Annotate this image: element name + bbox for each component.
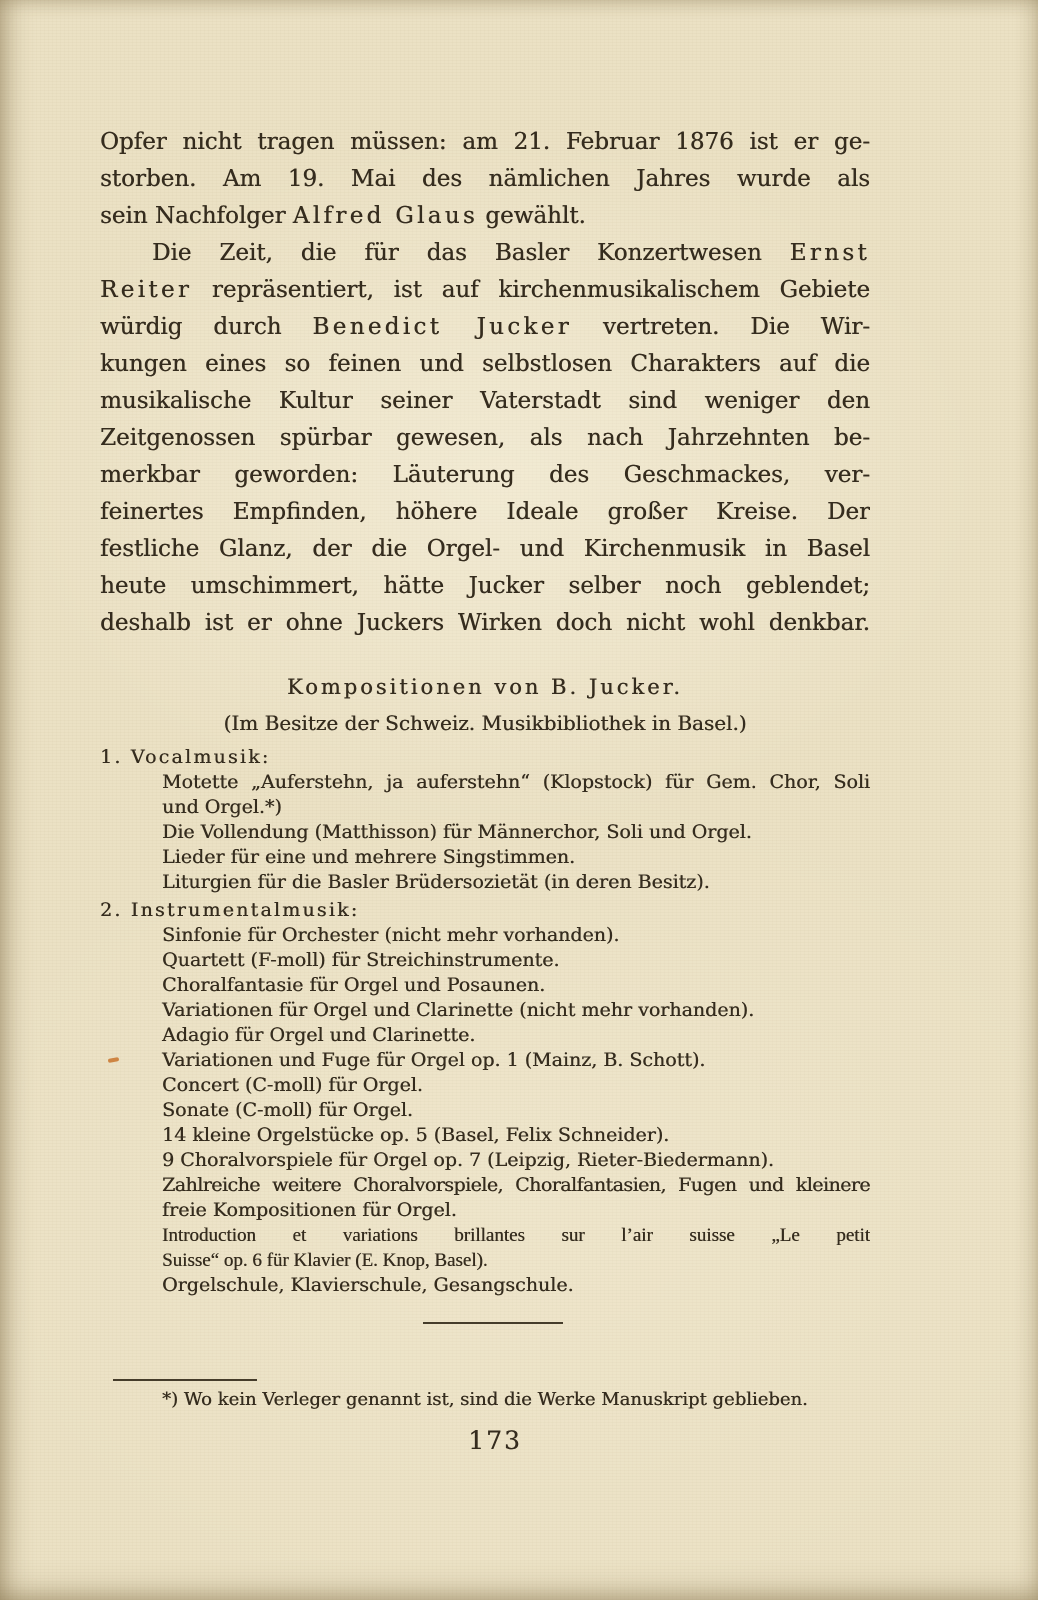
compositions-list: 1. Vocalmusik: Motette „Auferstehn, ja a… [100,745,870,1298]
list-item-line: Quartett (F-moll) für Streichinstrumente… [100,948,870,973]
list-item-line: Suisse“ op. 6 für Klavier (E. Knop, Base… [100,1248,870,1273]
letterspaced-name: Benedict Jucker [312,314,572,340]
list-item-line: Die Vollendung (Matthisson) für Männerch… [100,820,870,845]
text-segment: Die Zeit, die für das Basler Konzertwese… [152,240,790,266]
text-line: würdig durch Benedict Jucker vertreten. … [100,309,870,346]
text-line: merkbar geworden: Läuterung des Geschmac… [100,457,870,494]
heading-title: Kompositionen von B. Jucker. [100,672,870,702]
text-line: Reiter repräsentiert, ist auf kirchenmus… [100,272,870,309]
list-heading: Kompositionen von B. Jucker. (Im Besitze… [100,672,870,737]
list-item-line: Variationen für Orgel und Clarinette (ni… [100,998,870,1023]
list-item-line: Choralfantasie für Orgel und Posaunen. [100,973,870,998]
text-segment: vertreten. Die Wir- [572,314,870,340]
list-item-line: Sonate (C-moll) für Orgel. [100,1098,870,1123]
list-item-line: 9 Choralvorspiele für Orgel op. 7 (Leipz… [100,1148,870,1173]
body-text: Opfer nicht tragen müssen: am 21. Februa… [100,124,870,642]
list-section-label-vocalmusik: 1. Vocalmusik: [100,745,870,770]
text-segment: repräsentiert, ist auf kirchenmusikalisc… [192,277,870,303]
list-item-line: Liturgien für die Basler Brüdersozietät … [100,870,870,895]
text-line: kungen eines so feinen und selbstlosen C… [100,346,870,383]
letterspaced-name: Ernst [790,240,870,266]
paragraph-2: Die Zeit, die für das Basler Konzertwese… [100,235,870,642]
text-line: Opfer nicht tragen müssen: am 21. Februa… [100,124,870,161]
list-item-line: Lieder für eine und mehrere Singstimmen. [100,845,870,870]
footnote: *) Wo kein Verleger genannt ist, sind di… [100,1388,870,1412]
section-divider-rule [423,1322,563,1324]
list-item-line: freie Kompositionen für Orgel. [100,1198,870,1223]
list-item-line: Variationen und Fuge für Orgel op. 1 (Ma… [100,1048,870,1073]
text-line: Zeitgenossen spürbar gewesen, als nach J… [100,420,870,457]
text-segment: sein Nachfolger [100,203,293,229]
page-number: 173 [415,1426,575,1455]
text-segment: gewählt. [478,203,586,229]
list-item-line: Concert (C-moll) für Orgel. [100,1073,870,1098]
text-line: musikalische Kultur seiner Vaterstadt si… [100,383,870,420]
paragraph-1: Opfer nicht tragen müssen: am 21. Februa… [100,124,870,235]
text-line: Die Zeit, die für das Basler Konzertwese… [100,235,870,272]
letterspaced-name: Reiter [100,277,192,303]
list-item-line: 14 kleine Orgelstücke op. 5 (Basel, Feli… [100,1123,870,1148]
list-section-label-instrumentalmusik: 2. Instrumentalmusik: [100,898,870,923]
text-line: deshalb ist er ohne Juckers Wirken doch … [100,605,870,642]
letterspaced-name: Alfred Glaus [293,203,478,229]
list-item-line: und Orgel.*) [100,795,870,820]
text-line: feinertes Empfinden, höhere Ideale große… [100,494,870,531]
list-item-line: Introduction et variations brillantes su… [100,1223,870,1248]
list-item-line: Zahlreiche weitere Choralvorspiele, Chor… [100,1173,870,1198]
book-page: Opfer nicht tragen müssen: am 21. Februa… [0,0,1038,1600]
list-item-line: Orgelschule, Klavierschule, Gesangschule… [100,1273,870,1298]
list-item-line: Sinfonie für Orchester (nicht mehr vorha… [100,923,870,948]
text-line: festliche Glanz, der die Orgel- und Kirc… [100,531,870,568]
text-line: sein Nachfolger Alfred Glaus gewählt. [100,198,870,235]
text-line: storben. Am 19. Mai des nämlichen Jahres… [100,161,870,198]
footnote-separator-rule [113,1379,257,1381]
heading-subtitle: (Im Besitze der Schweiz. Musikbibliothek… [100,709,870,737]
text-segment: würdig durch [100,314,312,340]
list-item-line: Adagio für Orgel und Clarinette. [100,1023,870,1048]
list-item-line: Motette „Auferstehn, ja auferstehn“ (Klo… [100,770,870,795]
text-line: heute umschimmert, hätte Jucker selber n… [100,568,870,605]
